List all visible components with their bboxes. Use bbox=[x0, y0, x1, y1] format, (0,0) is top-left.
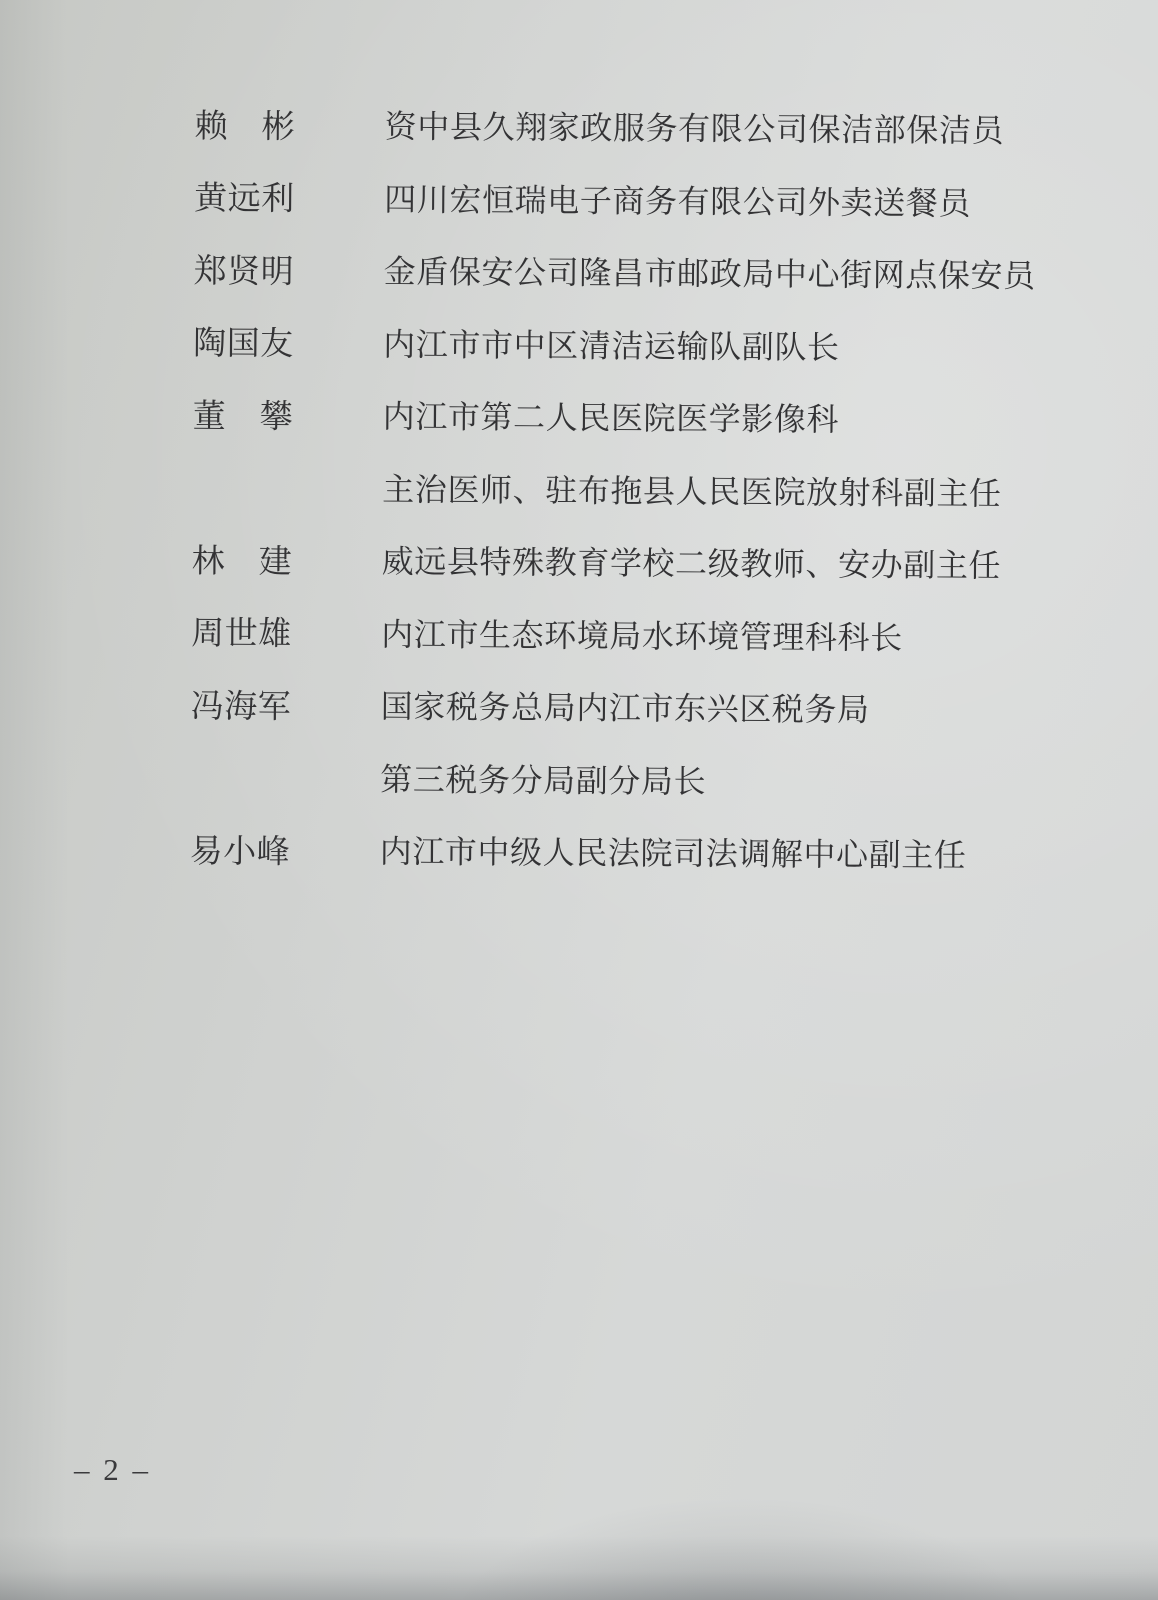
person-name bbox=[190, 776, 380, 777]
page-footer: – 2 – bbox=[74, 1452, 151, 1488]
person-position: 内江市市中区清洁运输队副队长 bbox=[383, 319, 840, 368]
person-name: 郑贤明 bbox=[194, 245, 384, 293]
person-name: 赖 彬 bbox=[195, 100, 385, 148]
roster-row: 冯海军 国家税务总局内江市东兴区税务局 bbox=[190, 667, 1033, 745]
person-name: 易小峰 bbox=[190, 825, 380, 873]
person-position: 内江市中级人民法院司法调解中心副主任 bbox=[380, 827, 967, 877]
roster-row-continuation: 第三税务分局副分局长 bbox=[190, 740, 1033, 818]
roster-row: 林 建 威远县特殊教育学校二级教师、安办副主任 bbox=[191, 522, 1034, 600]
person-position: 内江市生态环境局水环境管理科科长 bbox=[381, 609, 903, 659]
page-number: – 2 – bbox=[74, 1452, 151, 1487]
person-position: 资中县久翔家政服务有限公司保洁部保洁员 bbox=[385, 102, 1005, 152]
person-position: 主治医师、驻布拖县人民医院放射科副主任 bbox=[382, 464, 1002, 514]
person-position: 内江市第二人民医院医学影像科 bbox=[383, 392, 840, 441]
person-name: 董 攀 bbox=[193, 390, 383, 438]
person-name: 周世雄 bbox=[191, 607, 381, 655]
roster-row: 董 攀 内江市第二人民医院医学影像科 bbox=[192, 377, 1035, 455]
person-name: 林 建 bbox=[192, 535, 382, 583]
person-name: 黄远利 bbox=[194, 172, 384, 220]
person-position: 国家税务总局内江市东兴区税务局 bbox=[381, 682, 870, 731]
person-position: 金盾保安公司隆昌市邮政局中心街网点保安员 bbox=[384, 247, 1036, 298]
person-name: 冯海军 bbox=[191, 680, 381, 728]
person-position: 威远县特殊教育学校二级教师、安办副主任 bbox=[382, 537, 1002, 587]
award-roster: 赖 彬 资中县久翔家政服务有限公司保洁部保洁员 黄远利 四川宏恒瑞电子商务有限公… bbox=[189, 87, 1037, 890]
roster-row: 黄远利 四川宏恒瑞电子商务有限公司外卖送餐员 bbox=[194, 160, 1037, 238]
person-name: 陶国友 bbox=[193, 317, 383, 365]
person-name bbox=[192, 486, 382, 487]
person-position: 第三税务分局副分局长 bbox=[380, 754, 706, 802]
person-position: 四川宏恒瑞电子商务有限公司外卖送餐员 bbox=[384, 174, 971, 224]
roster-row: 周世雄 内江市生态环境局水环境管理科科长 bbox=[191, 595, 1034, 673]
roster-row: 郑贤明 金盾保安公司隆昌市邮政局中心街网点保安员 bbox=[193, 232, 1036, 310]
roster-row-continuation: 主治医师、驻布拖县人民医院放射科副主任 bbox=[192, 450, 1035, 528]
roster-row: 易小峰 内江市中级人民法院司法调解中心副主任 bbox=[189, 812, 1032, 890]
roster-row: 赖 彬 资中县久翔家政服务有限公司保洁部保洁员 bbox=[195, 87, 1038, 165]
roster-row: 陶国友 内江市市中区清洁运输队副队长 bbox=[193, 305, 1036, 383]
